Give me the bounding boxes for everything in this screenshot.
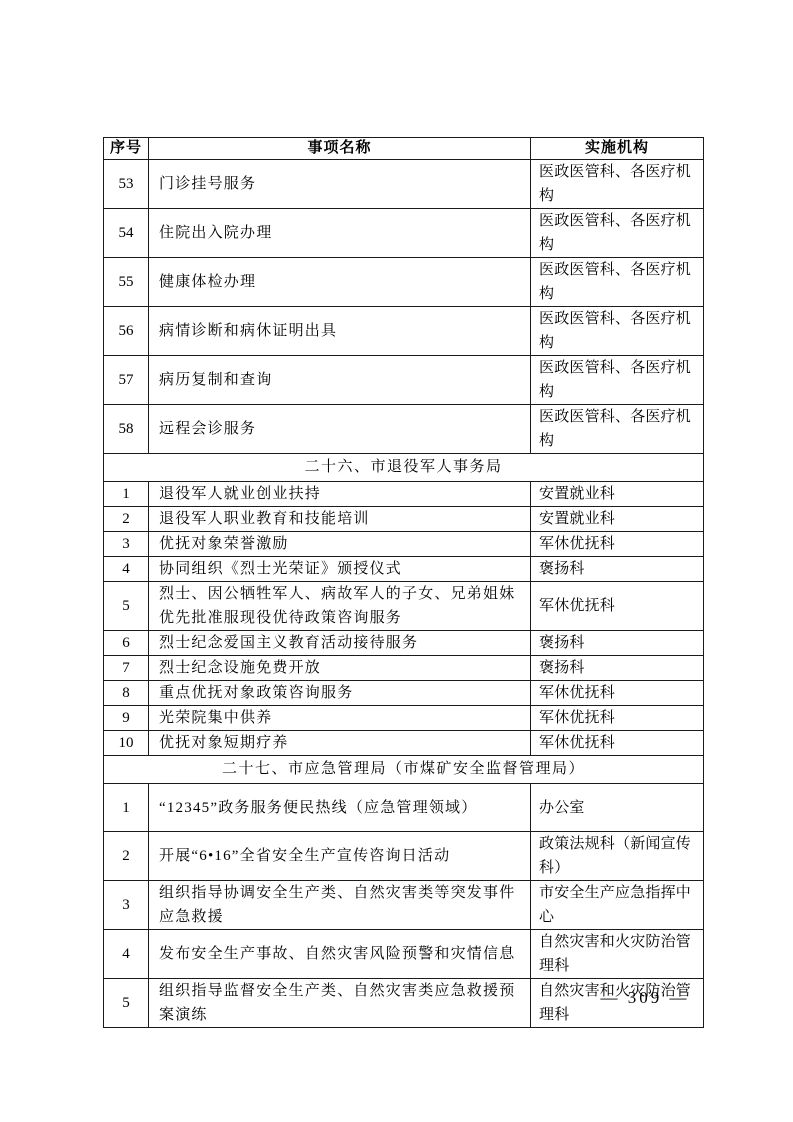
agency-name: 医政医管科、各医疗机构	[531, 356, 704, 405]
item-name: 病情诊断和病休证明出具	[149, 307, 531, 356]
agency-name: 政策法规科（新闻宣传科）	[531, 832, 704, 881]
agency-name: 褒扬科	[531, 656, 704, 681]
serial-number: 4	[104, 557, 149, 582]
table-row: 7烈士纪念设施免费开放褒扬科	[104, 656, 704, 681]
agency-name: 褒扬科	[531, 557, 704, 582]
item-name: 重点优抚对象政策咨询服务	[149, 681, 531, 706]
col-header-serial: 序号	[104, 138, 149, 160]
serial-number: 8	[104, 681, 149, 706]
serial-number: 6	[104, 631, 149, 656]
table-row: 1退役军人就业创业扶持安置就业科	[104, 482, 704, 507]
serial-number: 7	[104, 656, 149, 681]
table-row: 2退役军人职业教育和技能培训安置就业科	[104, 507, 704, 532]
table-row: 10优抚对象短期疗养军休优抚科	[104, 731, 704, 756]
serial-number: 55	[104, 258, 149, 307]
table-row: 3组织指导协调安全生产类、自然灾害类等突发事件应急救援市安全生产应急指挥中心	[104, 881, 704, 930]
serial-number: 1	[104, 482, 149, 507]
serial-number: 58	[104, 405, 149, 454]
item-name: 退役军人就业创业扶持	[149, 482, 531, 507]
agency-name: 褒扬科	[531, 631, 704, 656]
agency-name: 安置就业科	[531, 507, 704, 532]
item-name: 住院出入院办理	[149, 209, 531, 258]
section-header-row: 二十七、市应急管理局（市煤矿安全监督管理局）	[104, 756, 704, 784]
col-header-agency: 实施机构	[531, 138, 704, 160]
section-title: 二十七、市应急管理局（市煤矿安全监督管理局）	[104, 756, 704, 784]
agency-name: 军休优抚科	[531, 731, 704, 756]
agency-name: 医政医管科、各医疗机构	[531, 160, 704, 209]
table-row: 8重点优抚对象政策咨询服务军休优抚科	[104, 681, 704, 706]
service-table-container: 序号 事项名称 实施机构 53门诊挂号服务医政医管科、各医疗机构54住院出入院办…	[103, 137, 703, 1028]
serial-number: 9	[104, 706, 149, 731]
item-name: 协同组织《烈士光荣证》颁授仪式	[149, 557, 531, 582]
agency-name: 安置就业科	[531, 482, 704, 507]
table-row: 55健康体检办理医政医管科、各医疗机构	[104, 258, 704, 307]
table-row: 1“12345”政务服务便民热线（应急管理领域）办公室	[104, 784, 704, 832]
table-header-row: 序号 事项名称 实施机构	[104, 138, 704, 160]
serial-number: 2	[104, 832, 149, 881]
item-name: 病历复制和查询	[149, 356, 531, 405]
item-name: 退役军人职业教育和技能培训	[149, 507, 531, 532]
item-name: 光荣院集中供养	[149, 706, 531, 731]
table-row: 57病历复制和查询医政医管科、各医疗机构	[104, 356, 704, 405]
agency-name: 医政医管科、各医疗机构	[531, 405, 704, 454]
serial-number: 3	[104, 881, 149, 930]
agency-name: 市安全生产应急指挥中心	[531, 881, 704, 930]
agency-name: 军休优抚科	[531, 532, 704, 557]
agency-name: 军休优抚科	[531, 582, 704, 631]
table-row: 9光荣院集中供养军休优抚科	[104, 706, 704, 731]
item-name: 烈士纪念设施免费开放	[149, 656, 531, 681]
item-name: 发布安全生产事故、自然灾害风险预警和灾情信息	[149, 930, 531, 979]
section-header-row: 二十六、市退役军人事务局	[104, 454, 704, 482]
agency-name: 医政医管科、各医疗机构	[531, 258, 704, 307]
serial-number: 4	[104, 930, 149, 979]
item-name: 烈士纪念爱国主义教育活动接待服务	[149, 631, 531, 656]
table-row: 54住院出入院办理医政医管科、各医疗机构	[104, 209, 704, 258]
table-row: 58远程会诊服务医政医管科、各医疗机构	[104, 405, 704, 454]
item-name: 远程会诊服务	[149, 405, 531, 454]
agency-name: 自然灾害和火灾防治管理科	[531, 930, 704, 979]
serial-number: 1	[104, 784, 149, 832]
col-header-item-name: 事项名称	[149, 138, 531, 160]
serial-number: 57	[104, 356, 149, 405]
item-name: 健康体检办理	[149, 258, 531, 307]
agency-name: 军休优抚科	[531, 681, 704, 706]
item-name: 烈士、因公牺牲军人、病故军人的子女、兄弟姐妹优先批准服现役优待政策咨询服务	[149, 582, 531, 631]
item-name: 组织指导监督安全生产类、自然灾害类应急救援预案演练	[149, 979, 531, 1028]
serial-number: 5	[104, 582, 149, 631]
item-name: 门诊挂号服务	[149, 160, 531, 209]
table-row: 4发布安全生产事故、自然灾害风险预警和灾情信息自然灾害和火灾防治管理科	[104, 930, 704, 979]
serial-number: 53	[104, 160, 149, 209]
document-page: { "page": { "number_label": "— 309 —" },…	[0, 0, 793, 1122]
agency-name: 医政医管科、各医疗机构	[531, 209, 704, 258]
section-title: 二十六、市退役军人事务局	[104, 454, 704, 482]
agency-name: 军休优抚科	[531, 706, 704, 731]
serial-number: 5	[104, 979, 149, 1028]
serial-number: 2	[104, 507, 149, 532]
table-row: 53门诊挂号服务医政医管科、各医疗机构	[104, 160, 704, 209]
agency-name: 医政医管科、各医疗机构	[531, 307, 704, 356]
table-row: 3优抚对象荣誉激励军休优抚科	[104, 532, 704, 557]
table-row: 4协同组织《烈士光荣证》颁授仪式褒扬科	[104, 557, 704, 582]
table-row: 2开展“6•16”全省安全生产宣传咨询日活动政策法规科（新闻宣传科）	[104, 832, 704, 881]
page-number: — 309 —	[575, 988, 715, 1008]
serial-number: 10	[104, 731, 149, 756]
item-name: 组织指导协调安全生产类、自然灾害类等突发事件应急救援	[149, 881, 531, 930]
item-name: “12345”政务服务便民热线（应急管理领域）	[149, 784, 531, 832]
item-name: 优抚对象荣誉激励	[149, 532, 531, 557]
item-name: 开展“6•16”全省安全生产宣传咨询日活动	[149, 832, 531, 881]
serial-number: 3	[104, 532, 149, 557]
item-name: 优抚对象短期疗养	[149, 731, 531, 756]
serial-number: 54	[104, 209, 149, 258]
agency-name: 办公室	[531, 784, 704, 832]
table-row: 5烈士、因公牺牲军人、病故军人的子女、兄弟姐妹优先批准服现役优待政策咨询服务军休…	[104, 582, 704, 631]
serial-number: 56	[104, 307, 149, 356]
table-row: 56病情诊断和病休证明出具医政医管科、各医疗机构	[104, 307, 704, 356]
table-row: 6烈士纪念爱国主义教育活动接待服务褒扬科	[104, 631, 704, 656]
service-table: 序号 事项名称 实施机构 53门诊挂号服务医政医管科、各医疗机构54住院出入院办…	[103, 137, 704, 1028]
table-body: 53门诊挂号服务医政医管科、各医疗机构54住院出入院办理医政医管科、各医疗机构5…	[104, 160, 704, 1028]
